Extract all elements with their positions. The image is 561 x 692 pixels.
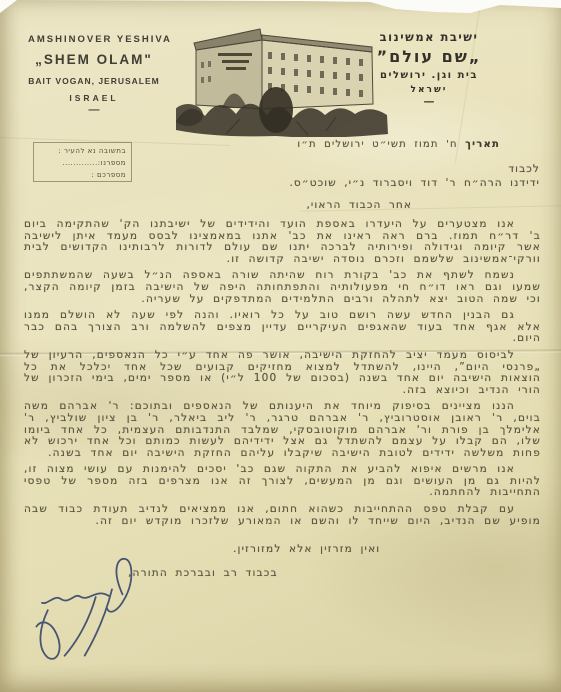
date-line: תאריך ח' תמוז תשי״ט ירושלים ת״ו: [297, 139, 500, 150]
letterhead-address-he: בית וגן. ירושלים: [369, 70, 489, 81]
letterhead-divider: —: [369, 98, 489, 106]
letterhead-yeshiva-name-he: ישיבת אמשינוב: [369, 30, 489, 44]
salutation: אחר הכבוד הראוי,: [306, 199, 412, 211]
paragraph-5: הננו מציינים בסיפוק מיוחד את היענותם של …: [24, 401, 541, 459]
date-value: ח' תמוז תשי״ט ירושלים ת״ו: [297, 139, 457, 150]
reference-box-your-number: מספרכם :: [37, 169, 126, 181]
letterhead-country-en: ISRAEL: [28, 93, 160, 103]
yeshiva-building-illustration: [176, 7, 388, 137]
recipient-honorific: לכבוד: [210, 163, 540, 177]
paragraph-7: עם קבלת טפס ההתחייבות כשהוא חתום, אנו ממ…: [24, 504, 541, 527]
letterhead-hebrew: ישיבת אמשינוב „שם עולם” בית וגן. ירושלים…: [369, 30, 489, 106]
recipient-block: לכבוד ידידנו הרה״ח ר' דוד ויסברוד נ״י, ש…: [210, 163, 540, 190]
paragraph-3: גם הבנין החדש עשה רושם טוב על כל רואיו. …: [24, 310, 541, 345]
paragraph-1: אנו מצטערים על היעדרו באספת הועד והידידי…: [24, 219, 541, 265]
letter-body: אנו מצטערים על היעדרו באספת הועד והידידי…: [24, 219, 541, 532]
reference-box: בתשובה נא להעיר : מספרנו:............. מ…: [33, 142, 132, 182]
letterhead-country-he: ישראל: [369, 85, 489, 95]
closing-line: ואין מזרזין אלא למזורזין.: [233, 543, 380, 555]
handwritten-signature-ink: [13, 548, 173, 671]
paragraph-2: נשמח לשתף את כב' בקורת רוח שהיתה שורה בא…: [24, 270, 541, 305]
recipient-name: ידידנו הרה״ח ר' דוד ויסברוד נ״י, שוכט״ס.: [210, 177, 540, 191]
letter-paper: AMSHINOVER YESHIVA „SHEM OLAM" BAIT VOGA…: [0, 0, 561, 692]
date-label: תאריך: [465, 139, 500, 150]
letterhead-shem-olam-en: „SHEM OLAM": [28, 52, 160, 67]
reference-box-our-number: מספרנו:.............: [37, 157, 126, 169]
reference-box-note: בתשובה נא להעיר :: [37, 145, 126, 157]
letterhead-english: AMSHINOVER YESHIVA „SHEM OLAM" BAIT VOGA…: [28, 34, 160, 114]
letterhead-divider: —: [28, 106, 160, 114]
letterhead-shem-olam-he: „שם עולם”: [369, 47, 489, 66]
letterhead-yeshiva-name-en: AMSHINOVER YESHIVA: [28, 34, 160, 45]
letterhead-address-en: BAIT VOGAN, JERUSALEM: [28, 76, 160, 86]
paragraph-4: לביסוס מעמד יציב להחזקת הישיבה, אושר פה …: [24, 350, 541, 396]
paragraph-6: אנו מרשים איפוא להביע את התקוה שגם כב' י…: [24, 464, 541, 499]
